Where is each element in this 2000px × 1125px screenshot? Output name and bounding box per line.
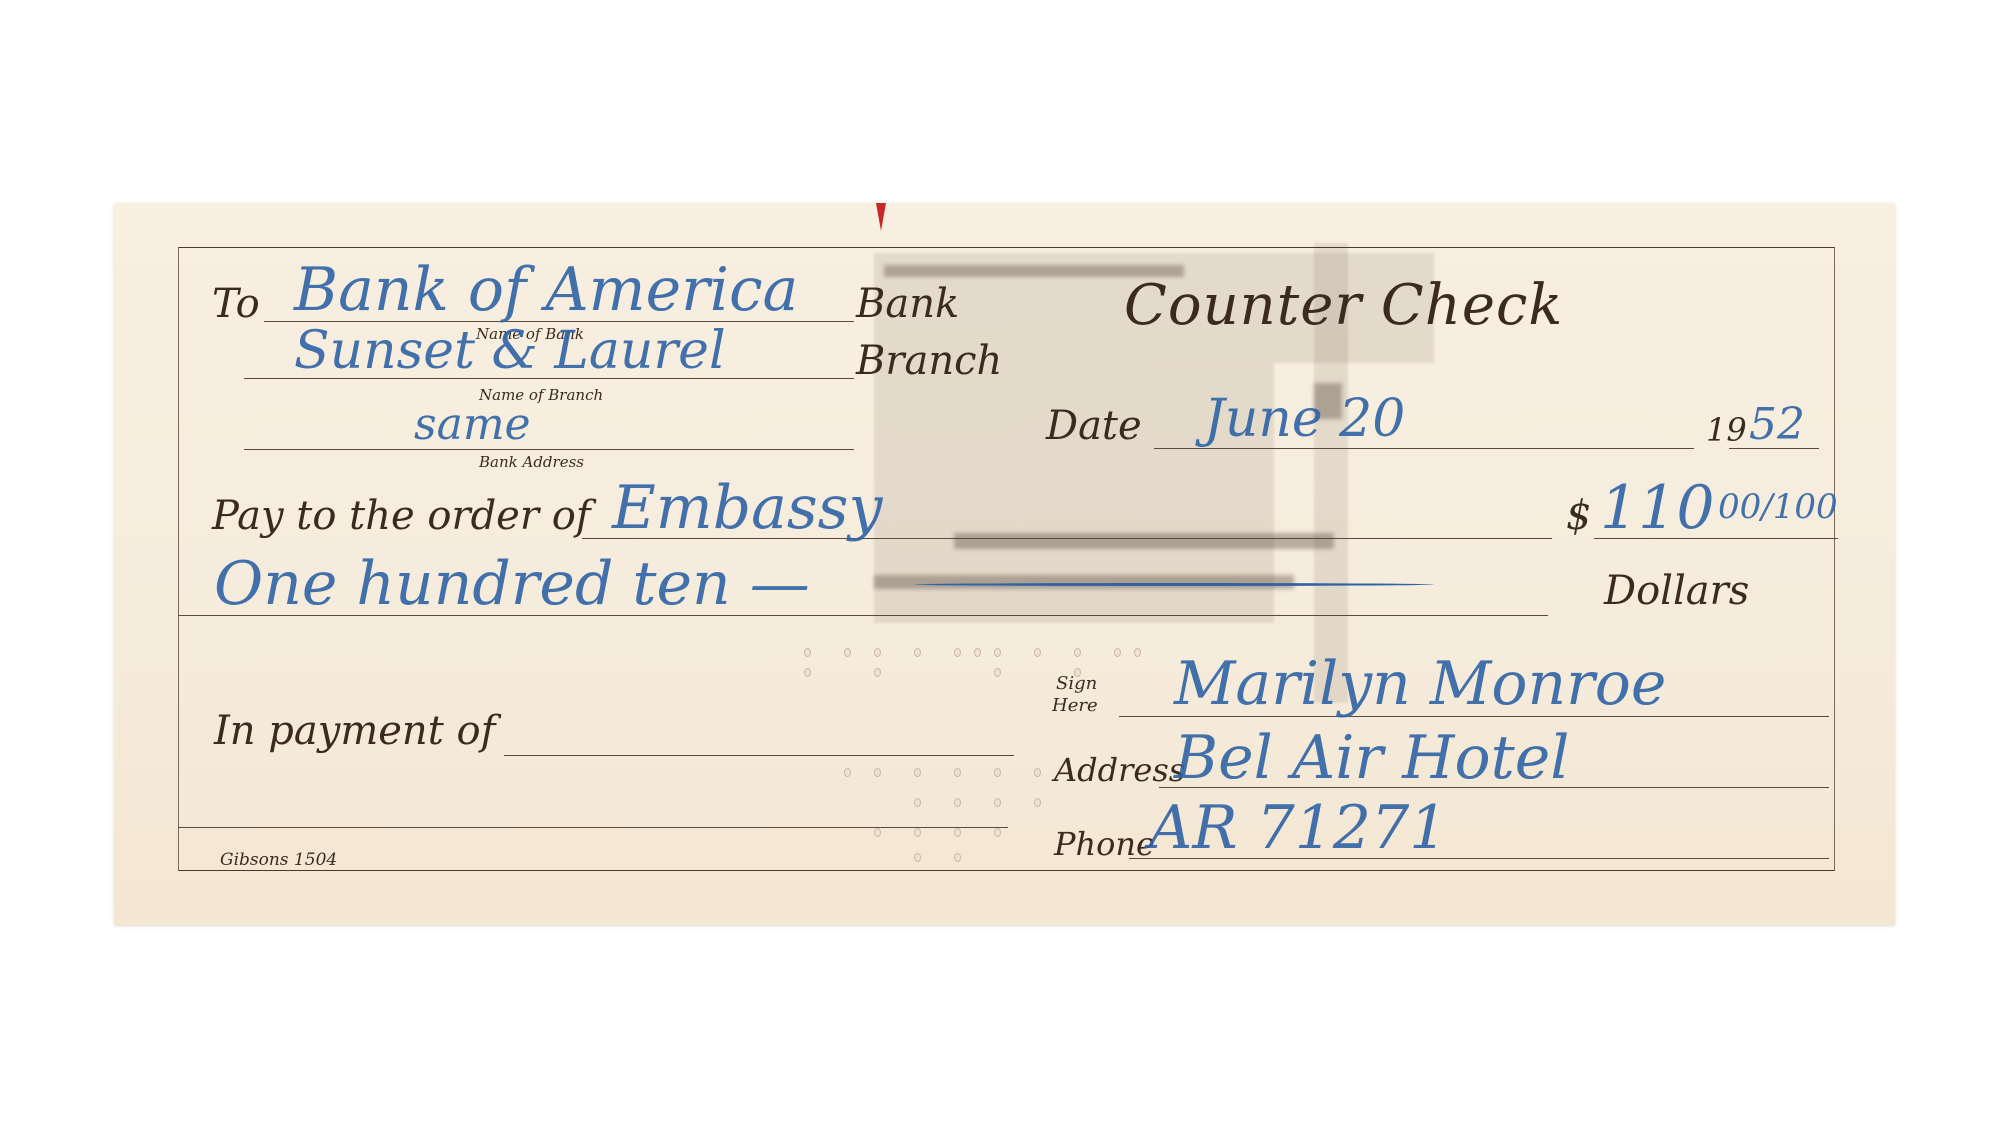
amount-words-handwritten: One hundred ten — xyxy=(214,549,810,619)
branch-name-handwritten: Sunset & Laurel xyxy=(294,321,726,381)
check-title: Counter Check xyxy=(1124,273,1563,338)
sign-label: Sign xyxy=(1056,673,1097,694)
red-ink-mark xyxy=(876,203,886,231)
amount-words-tail xyxy=(914,583,1434,586)
bank-name-handwritten: Bank of America xyxy=(294,255,798,325)
branch-label: Branch xyxy=(856,338,1002,384)
in-payment-label: In payment of xyxy=(214,708,495,754)
payee-handwritten: Embassy xyxy=(612,473,882,543)
phone-handwritten: AR 71271 xyxy=(1149,793,1447,863)
pay-to-label: Pay to the order of xyxy=(212,493,591,539)
date-handwritten: June 20 xyxy=(1204,389,1405,449)
date-label: Date xyxy=(1046,403,1142,449)
amount-handwritten: 110 xyxy=(1600,473,1715,543)
address-handwritten: Bel Air Hotel xyxy=(1174,723,1569,793)
dollar-sign: $ xyxy=(1566,493,1591,539)
bank-address-handwritten: same xyxy=(414,399,531,450)
year-prefix: 19 xyxy=(1706,411,1747,449)
to-label: To xyxy=(212,281,260,327)
in-payment-line xyxy=(504,755,1014,756)
counter-check: To Name of Bank Bank Bank of America Nam… xyxy=(114,203,1895,925)
amount-cents-handwritten: 00/100 xyxy=(1718,487,1838,527)
bank-address-caption: Bank Address xyxy=(479,453,584,471)
printer-imprint: Gibsons 1504 xyxy=(220,850,337,870)
bank-label: Bank xyxy=(856,281,959,327)
in-payment-line-2 xyxy=(178,827,1008,828)
signature-handwritten: Marilyn Monroe xyxy=(1174,649,1666,719)
dollars-label: Dollars xyxy=(1604,568,1749,614)
address-label: Address xyxy=(1054,751,1185,789)
year-handwritten: 52 xyxy=(1749,399,1805,450)
here-label: Here xyxy=(1052,695,1098,716)
bank-address-line xyxy=(244,449,854,450)
